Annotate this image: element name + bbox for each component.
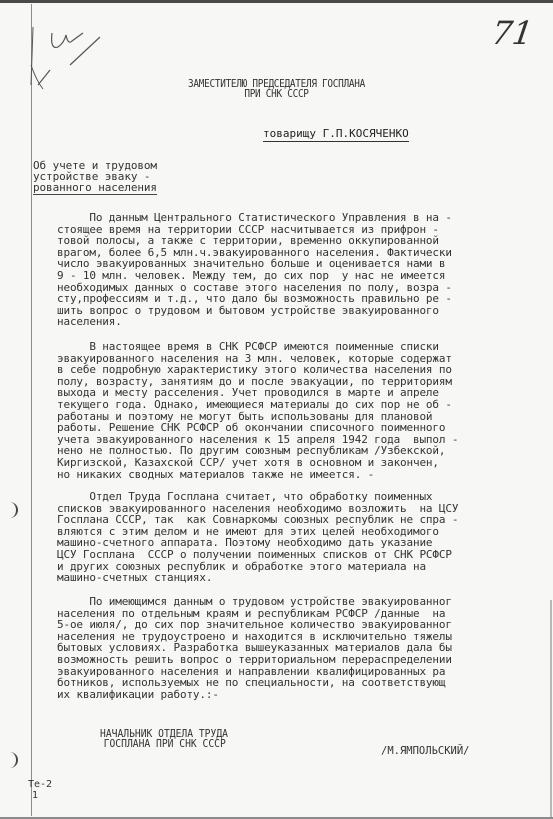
recipient-line: товарищу Г.П.КОСЯЧЕНКО	[263, 127, 409, 142]
paragraph: В настоящее время в СНК РСФСР имеются по…	[57, 341, 458, 480]
paragraph: По данным Центрального Статистического У…	[57, 212, 452, 328]
paragraph-line: 9 - 10 млн. человек. Между тем, до сих п…	[57, 270, 452, 282]
paragraph-line: населения.	[57, 316, 452, 328]
paragraph-line: ботников, используемых не по специальнос…	[57, 677, 452, 689]
paragraph-line: сту,профессиям и т.д., что дало бы возмо…	[57, 293, 452, 305]
punch-hole-mark	[6, 752, 18, 768]
paragraph-line: По имеющимся данным о трудовом устройств…	[57, 596, 452, 608]
typist-mark: Те-2 1	[28, 779, 52, 801]
margin-line	[31, 4, 32, 816]
signatory-title-line2: ГОСПЛАНА ПРИ СНК СССР	[100, 739, 228, 749]
paragraph-line: возможность решить вопрос о территориаль…	[57, 654, 452, 666]
paragraph-line: По данным Центрального Статистического У…	[57, 212, 452, 224]
punch-hole-mark	[6, 502, 18, 518]
folio-number: 71	[489, 14, 535, 52]
paragraph: Отдел Труда Госплана считает, что обрабо…	[57, 491, 458, 584]
subject-line: рованного населения	[33, 182, 157, 193]
typist-code: Те-2	[28, 779, 52, 790]
paragraph-line: но никаких сводных материалов также не и…	[57, 469, 458, 481]
paragraph-line: Отдел Труда Госплана считает, что обрабо…	[57, 491, 458, 503]
document-page: 71 ЗАМЕСТИТЕЛЮ ПРЕДСЕДАТЕЛЯ ГОСПЛАНА ПРИ…	[0, 0, 553, 819]
paragraph-line: В настоящее время в СНК РСФСР имеются по…	[57, 341, 458, 353]
paragraph-line: их квалификации работу.:-	[57, 689, 452, 701]
signatory-name: /М.ЯМПОЛЬСКИЙ/	[381, 745, 470, 757]
subject-block: Об учете и трудовом устройстве эваку - р…	[33, 160, 157, 193]
paragraph-line: машино-счетных станциях.	[57, 572, 458, 584]
addressee-block: ЗАМЕСТИТЕЛЮ ПРЕДСЕДАТЕЛЯ ГОСПЛАНА ПРИ СН…	[28, 79, 526, 99]
copy-number: 1	[28, 790, 52, 801]
signatory-title: НАЧАЛЬНИК ОТДЕЛА ТРУДА ГОСПЛАНА ПРИ СНК …	[100, 729, 228, 749]
scan-top-edge	[0, 0, 553, 3]
paragraph-line: текущего года. Однако, имеющиеся материа…	[57, 399, 458, 411]
paragraph-line: ЦСУ Госплана СССР о получении поименных …	[57, 549, 458, 561]
paragraph-line: работы. Решение СНК РСФСР об окончании с…	[57, 422, 458, 434]
paragraph-line: Киргизской, Казахской ССР/ учет хотя в о…	[57, 457, 458, 469]
scan-right-edge	[550, 600, 552, 819]
addressee-line2: ПРИ СНК СССР	[28, 89, 526, 99]
paragraph: По имеющимся данным о трудовом устройств…	[57, 596, 452, 700]
